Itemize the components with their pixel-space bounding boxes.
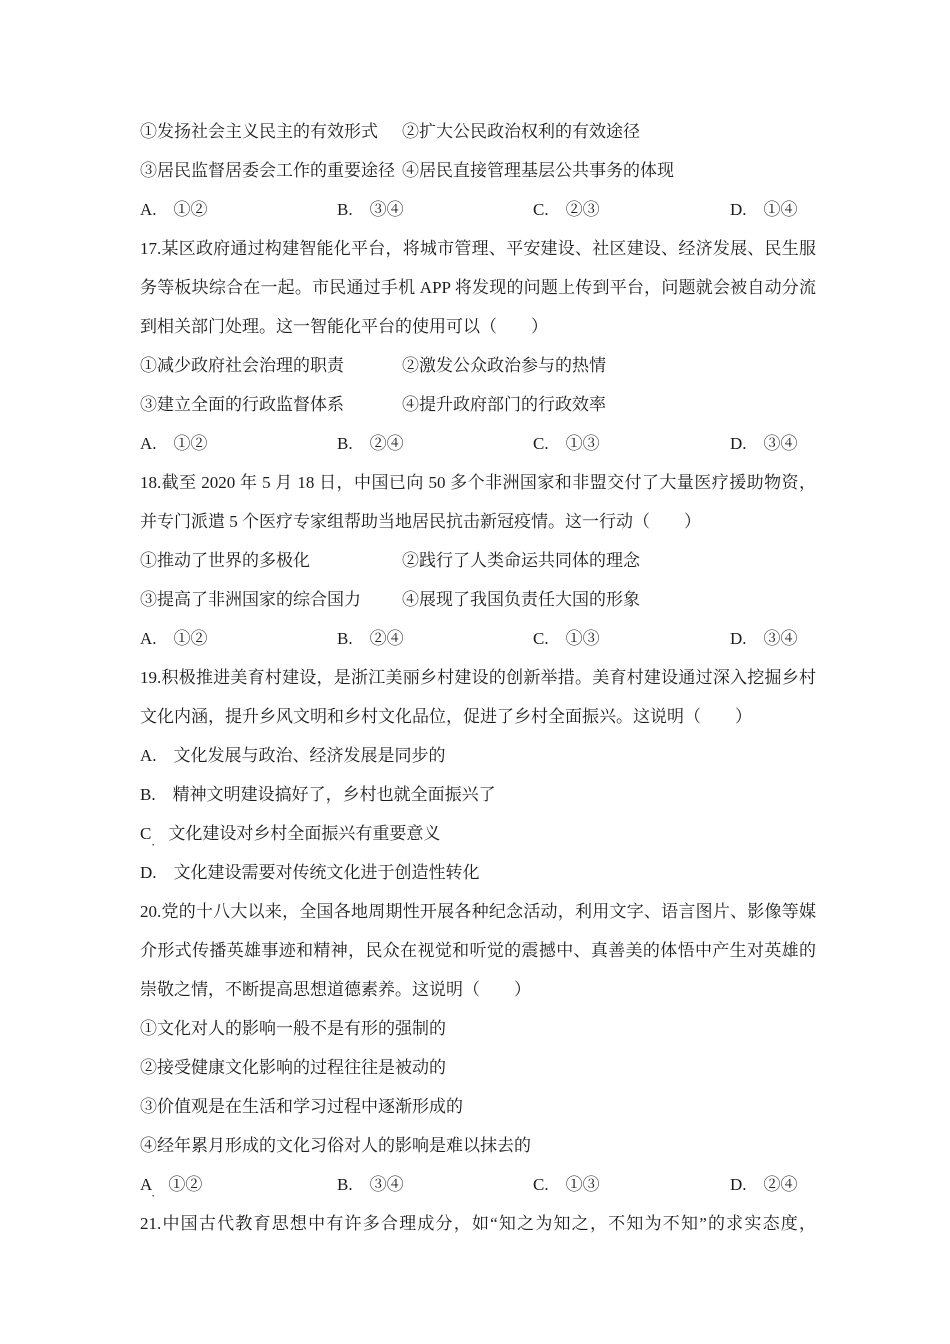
q19-stem-line-1: 19.积极推进美育村建设，是浙江美丽乡村建设的创新举措。美育村建设通过深入挖掘乡… [140, 658, 816, 697]
q16-option-row-2: ③居民监督居委会工作的重要途径 ④居民直接管理基层公共事务的体现 [140, 151, 816, 190]
q18-choices-row: A. ①② B. ②④ C. ①③ D. ③④ [140, 619, 816, 658]
q20-statement-3: ③价值观是在生活和学习过程中逐渐形成的 [140, 1087, 816, 1126]
q18-choice-c: C. ①③ [533, 619, 600, 658]
q17-option-row-1: ①减少政府社会治理的职责 ②激发公众政治参与的热情 [140, 346, 816, 385]
q20-statement-1: ①文化对人的影响一般不是有形的强制的 [140, 1009, 816, 1048]
q20-statement-2: ②接受健康文化影响的过程往往是被动的 [140, 1048, 816, 1087]
q18-option-4: ④展现了我国负责任大国的形象 [402, 580, 640, 619]
exam-page: ①发扬社会主义民主的有效形式 ②扩大公民政治权利的有效途径 ③居民监督居委会工作… [0, 0, 950, 1344]
q18-choice-a: A. ①② [140, 619, 208, 658]
q17-option-row-2: ③建立全面的行政监督体系 ④提升政府部门的行政效率 [140, 385, 816, 424]
q19-choice-d: D. 文化建设需要对传统文化进于创造性转化 [140, 853, 816, 892]
q19-stem-line-2: 文化内涵，提升乡风文明和乡村文化品位，促进了乡村全面振兴。这说明（ ） [140, 697, 816, 736]
q17-option-1: ①减少政府社会治理的职责 [140, 346, 344, 385]
q19-choice-c: C 文化建设对乡村全面振兴有重要意义 [140, 824, 440, 843]
q18-stem-line-1: 18.截至 2020 年 5 月 18 日，中国已向 50 多个非洲国家和非盟交… [140, 463, 816, 502]
q16-choices-row: A. ①② B. ③④ C. ②③ D. ①④ [140, 190, 816, 229]
q18-stem-line-2: 并专门派遣 5 个医疗专家组帮助当地居民抗击新冠疫情。这一行动（ ） [140, 502, 816, 541]
question-20: 20.党的十八大以来，全国各地周期性开展各种纪念活动，利用文字、语言图片、影像等… [140, 892, 816, 1204]
q20-choices-row: A ①② B. ③④ C. ①③ D. ②④ · [140, 1165, 816, 1204]
q17-stem-line-1: 17.某区政府通过构建智能化平台，将城市管理、平安建设、社区建设、经济发展、民生… [140, 229, 816, 268]
q16-option-4: ④居民直接管理基层公共事务的体现 [402, 151, 674, 190]
q18-option-1: ①推动了世界的多极化 [140, 541, 310, 580]
q20-choice-d: D. ②④ [730, 1165, 798, 1204]
q20-choice-b: B. ③④ [337, 1165, 404, 1204]
q19-choice-a: A. 文化发展与政治、经济发展是同步的 [140, 736, 816, 775]
q17-choice-d: D. ③④ [730, 424, 798, 463]
q20-stray-period-mark: · [151, 1189, 155, 1202]
q18-choice-d: D. ③④ [730, 619, 798, 658]
q17-choice-a: A. ①② [140, 424, 208, 463]
q16-choice-a: A. ①② [140, 190, 208, 229]
q18-option-2: ②践行了人类命运共同体的理念 [402, 541, 640, 580]
q18-option-row-2: ③提高了非洲国家的综合国力 ④展现了我国负责任大国的形象 [140, 580, 816, 619]
q17-option-3: ③建立全面的行政监督体系 [140, 385, 344, 424]
question-17: 17.某区政府通过构建智能化平台，将城市管理、平安建设、社区建设、经济发展、民生… [140, 229, 816, 463]
question-16: ①发扬社会主义民主的有效形式 ②扩大公民政治权利的有效途径 ③居民监督居委会工作… [140, 112, 816, 229]
q17-choice-c: C. ①③ [533, 424, 600, 463]
q20-statement-4: ④经年累月形成的文化习俗对人的影响是难以抹去的 [140, 1126, 816, 1165]
q20-choice-c: C. ①③ [533, 1165, 600, 1204]
q16-option-1: ①发扬社会主义民主的有效形式 [140, 112, 378, 151]
q17-stem-line-3: 到相关部门处理。这一智能化平台的使用可以（ ） [140, 307, 816, 346]
q16-option-3: ③居民监督居委会工作的重要途径 [140, 151, 395, 190]
q16-option-2: ②扩大公民政治权利的有效途径 [402, 112, 640, 151]
q19-stray-period-mark: · [151, 838, 155, 851]
q18-option-row-1: ①推动了世界的多极化 ②践行了人类命运共同体的理念 [140, 541, 816, 580]
q20-stem-line-1: 20.党的十八大以来，全国各地周期性开展各种纪念活动，利用文字、语言图片、影像等… [140, 892, 816, 931]
q18-option-3: ③提高了非洲国家的综合国力 [140, 580, 361, 619]
exam-content: ①发扬社会主义民主的有效形式 ②扩大公民政治权利的有效途径 ③居民监督居委会工作… [140, 112, 816, 1243]
q20-choice-a: A ①② [140, 1165, 202, 1204]
question-19: 19.积极推进美育村建设，是浙江美丽乡村建设的创新举措。美育村建设通过深入挖掘乡… [140, 658, 816, 892]
q20-stem-line-3: 崇敬之情，不断提高思想道德素养。这说明（ ） [140, 970, 816, 1009]
q16-choice-d: D. ①④ [730, 190, 798, 229]
q21-stem-line-1: 21.中国古代教育思想中有许多合理成分，如“知之为知之，不知为不知”的求实态度， [140, 1204, 816, 1243]
q17-option-2: ②激发公众政治参与的热情 [402, 346, 606, 385]
q17-option-4: ④提升政府部门的行政效率 [402, 385, 606, 424]
q20-stem-line-2: 介形式传播英雄事迹和精神，民众在视觉和听觉的震撼中、真善美的体悟中产生对英雄的 [140, 931, 816, 970]
question-21: 21.中国古代教育思想中有许多合理成分，如“知之为知之，不知为不知”的求实态度， [140, 1204, 816, 1243]
q16-choice-c: C. ②③ [533, 190, 600, 229]
q19-choice-c-row: C 文化建设对乡村全面振兴有重要意义 · [140, 814, 816, 853]
q19-choice-b: B. 精神文明建设搞好了，乡村也就全面振兴了 [140, 775, 816, 814]
q17-stem-line-2: 务等板块综合在一起。市民通过手机 APP 将发现的问题上传到平台，问题就会被自动… [140, 268, 816, 307]
q16-option-row-1: ①发扬社会主义民主的有效形式 ②扩大公民政治权利的有效途径 [140, 112, 816, 151]
q16-choice-b: B. ③④ [337, 190, 404, 229]
question-18: 18.截至 2020 年 5 月 18 日，中国已向 50 多个非洲国家和非盟交… [140, 463, 816, 658]
q17-choice-b: B. ②④ [337, 424, 404, 463]
q18-choice-b: B. ②④ [337, 619, 404, 658]
q17-choices-row: A. ①② B. ②④ C. ①③ D. ③④ [140, 424, 816, 463]
